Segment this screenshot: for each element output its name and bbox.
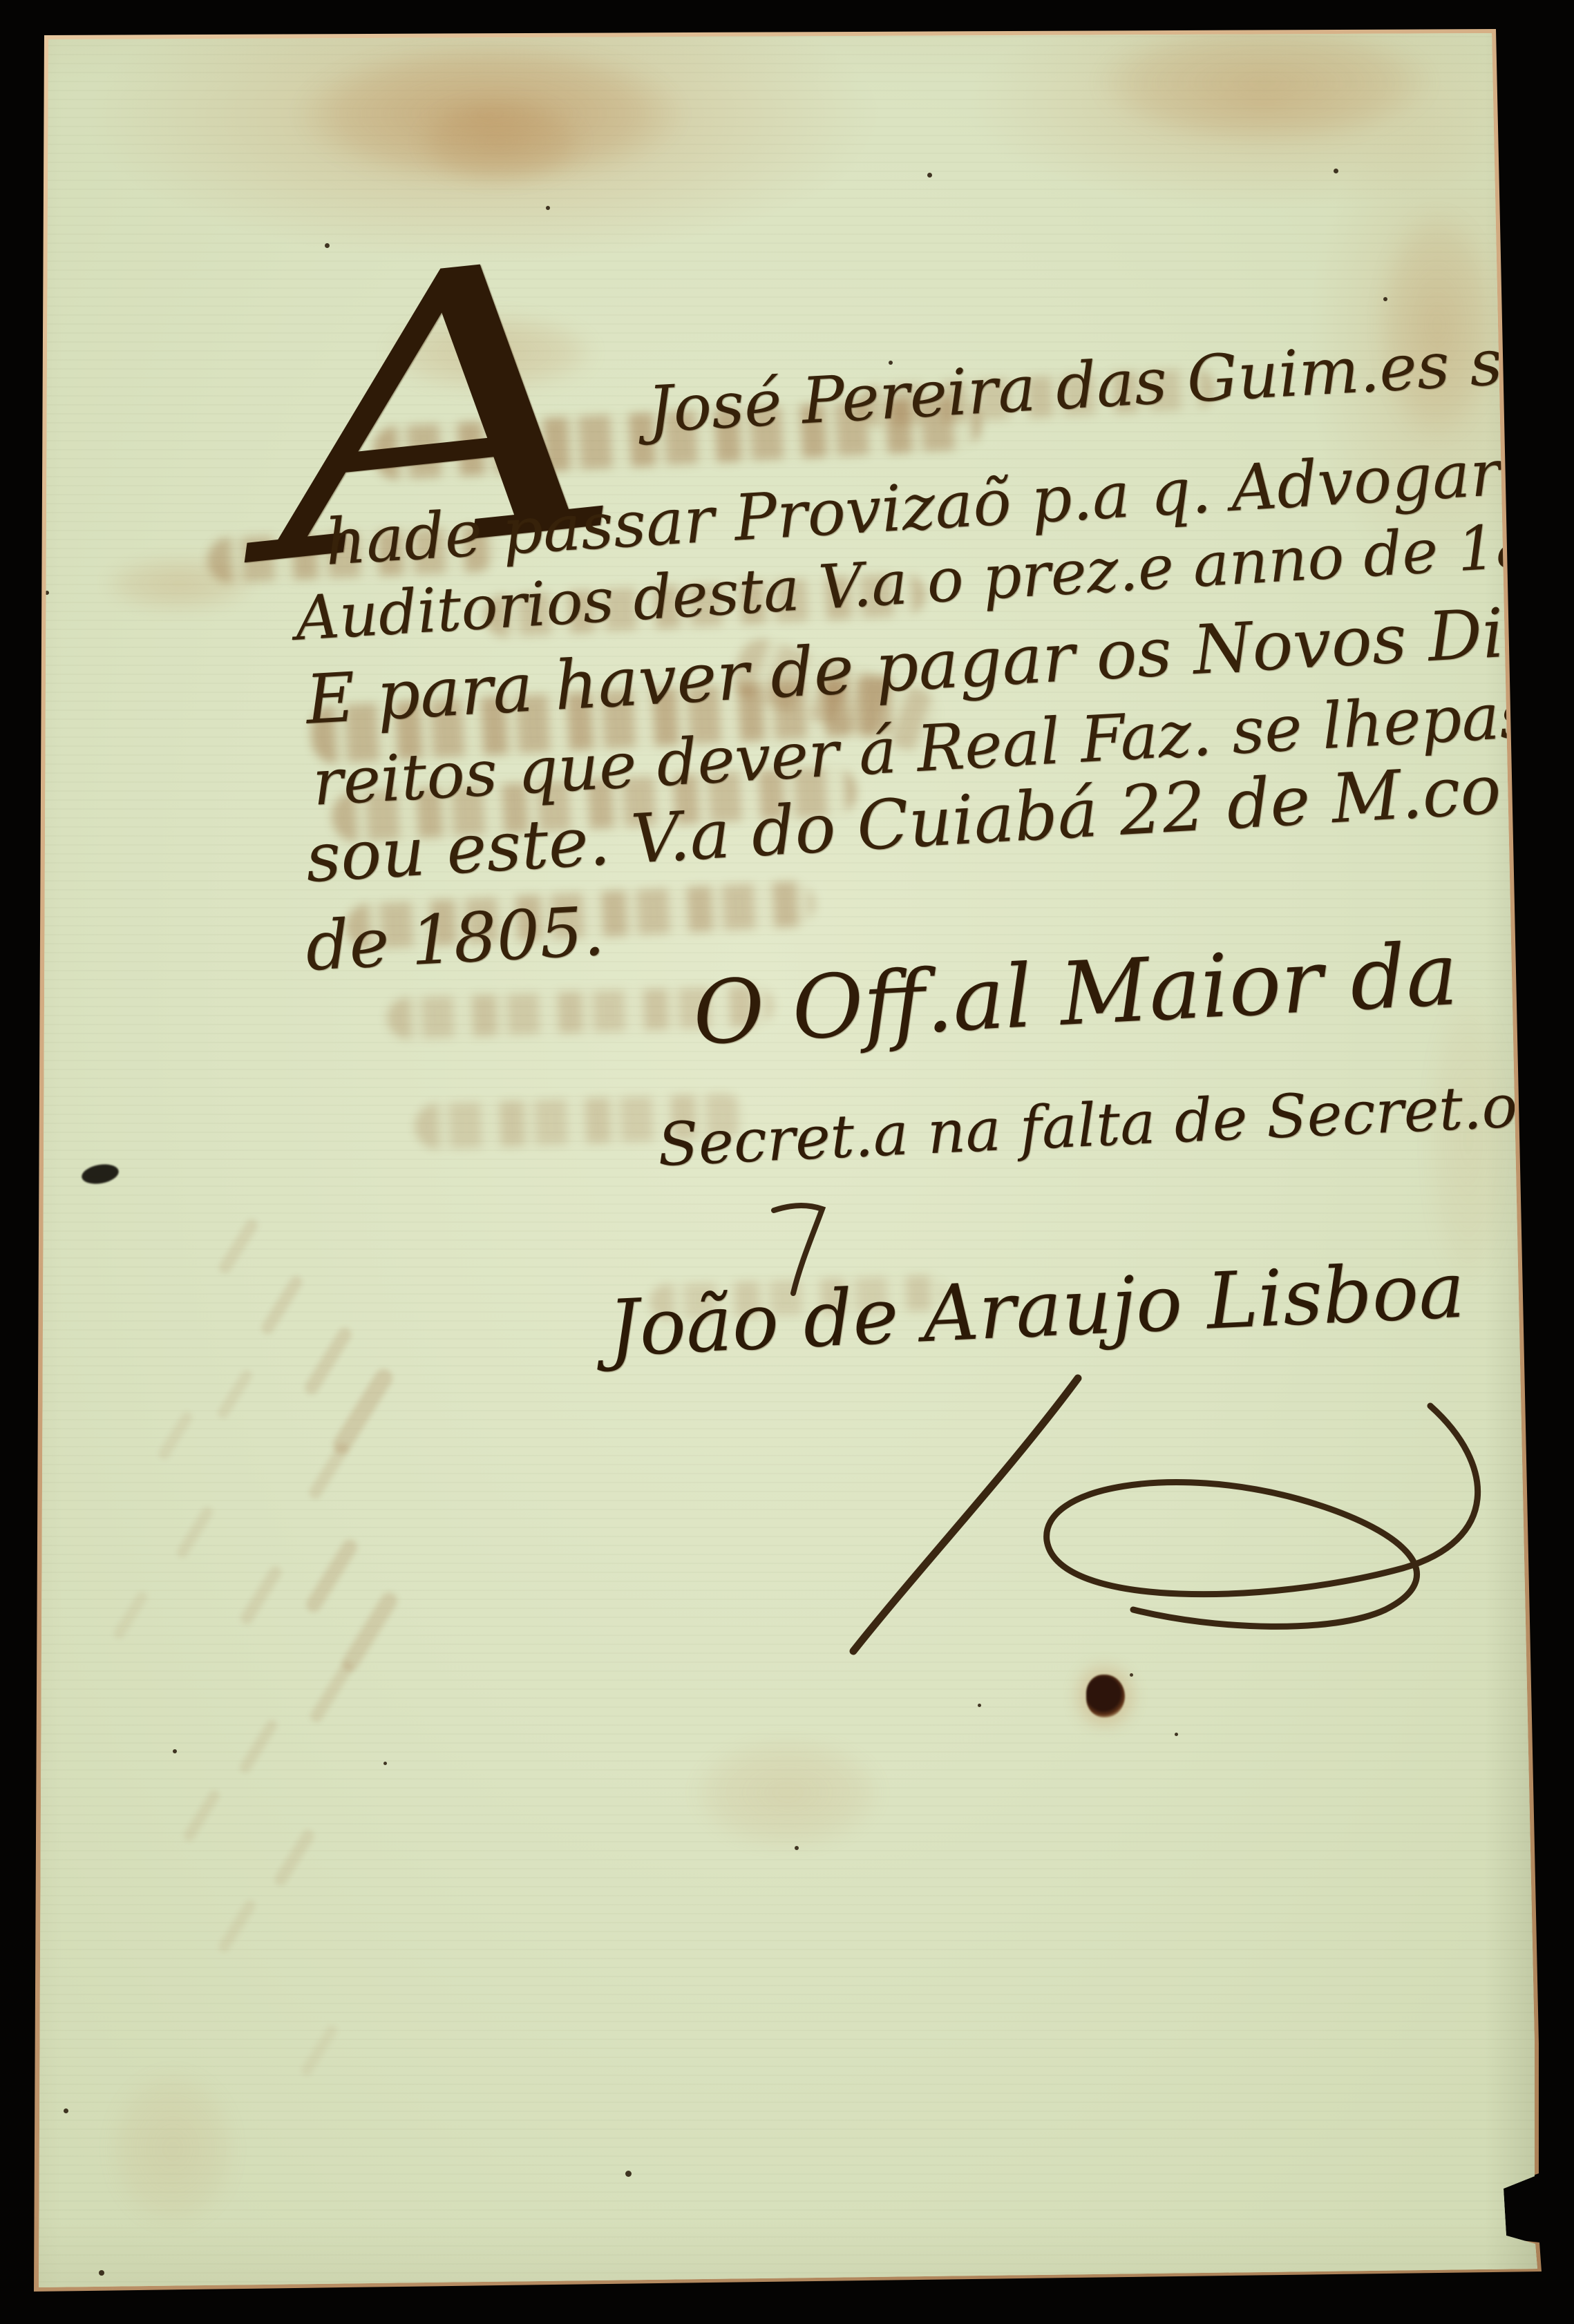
ink-speck <box>99 2270 104 2276</box>
ink-speck <box>1175 1733 1178 1736</box>
ink-speck <box>978 1704 981 1707</box>
manuscript-line: de 1805. <box>304 897 606 980</box>
ink-speck <box>64 2108 68 2113</box>
ink-speck <box>1334 169 1338 173</box>
ink-speck <box>173 1749 177 1753</box>
ink-speck <box>927 173 932 178</box>
stain-top-right <box>1036 0 1492 166</box>
photo-backdrop: A José Pereira das Guim.es se hade passa… <box>0 0 1574 2324</box>
ink-speck <box>383 1762 387 1765</box>
ink-speck <box>1130 1673 1133 1677</box>
stain-below-rubric <box>656 1713 919 1872</box>
ink-blot <box>1086 1675 1125 1717</box>
ink-speck <box>795 1846 799 1850</box>
ink-speck <box>625 2171 632 2177</box>
ink-speck <box>1383 297 1387 301</box>
stain-bottom-left <box>83 2038 263 2259</box>
manuscript-paper: A José Pereira das Guim.es se hade passa… <box>0 0 1574 2324</box>
